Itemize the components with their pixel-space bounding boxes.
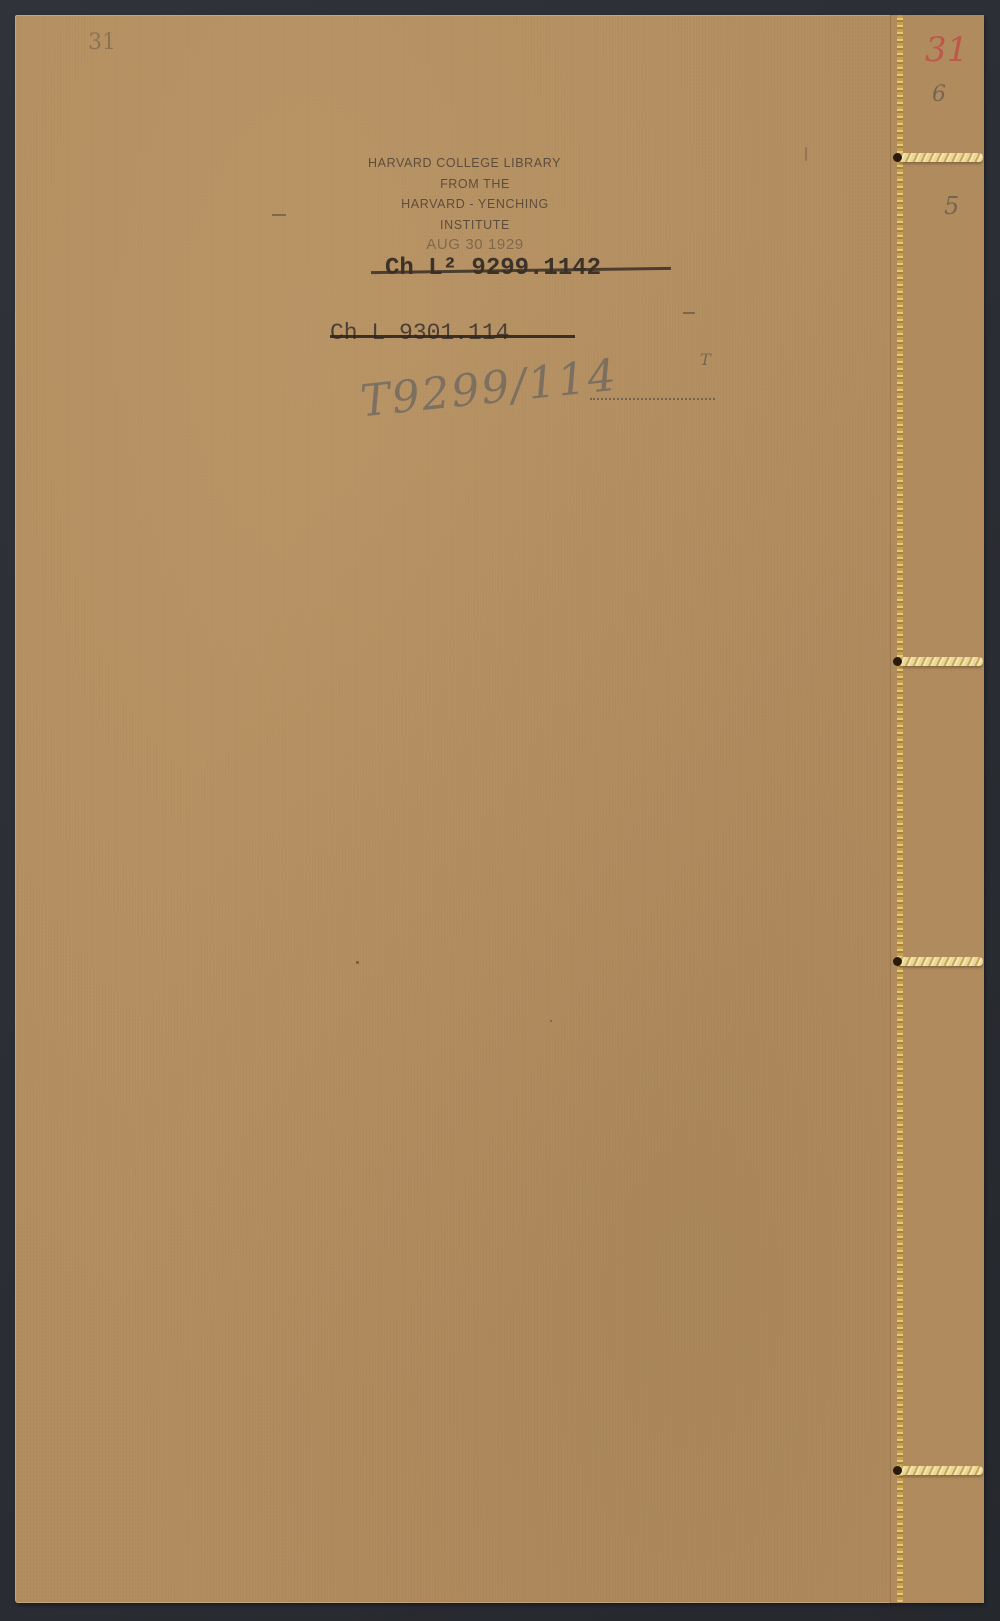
spine-pencil-mark: 6	[932, 82, 946, 107]
call-number-primary: Ch L² 9299.1142	[385, 255, 601, 282]
spine-strip	[890, 15, 984, 1603]
stamp-line: HARVARD - YENCHING	[360, 194, 590, 215]
red-pencil-number: 31	[925, 30, 968, 70]
stray-pencil-mark: T	[700, 350, 711, 369]
stray-mark	[683, 312, 695, 314]
paper-speck	[550, 1020, 552, 1022]
call-number-text: Ch L 9301.114	[330, 320, 509, 346]
stitch-hole-icon	[893, 1466, 902, 1475]
stamp-line: FROM THE	[360, 174, 590, 195]
spine-pencil-mark: 5	[944, 192, 959, 220]
call-number-crossed-out: Ch L 9301.114	[330, 320, 509, 346]
binding-stitch	[898, 657, 983, 666]
library-stamp: HARVARD COLLEGE LIBRARY FROM THE HARVARD…	[360, 153, 590, 256]
stamp-line: INSTITUTE	[360, 215, 590, 236]
stitch-hole-icon	[893, 657, 902, 666]
stitch-hole-icon	[893, 153, 902, 162]
binding-stitch	[898, 957, 983, 966]
stray-mark	[272, 214, 286, 216]
paper-speck	[356, 961, 359, 964]
stitch-hole-icon	[893, 957, 902, 966]
corner-pencil-mark: 31	[88, 30, 116, 55]
binding-stitch	[898, 153, 983, 162]
binding-thread-vertical	[897, 15, 903, 1603]
binding-stitch	[898, 1466, 983, 1475]
strikethrough-line	[330, 335, 575, 338]
stamp-line: HARVARD COLLEGE LIBRARY	[360, 153, 590, 174]
pencil-dotted-line	[590, 398, 715, 402]
stamp-date: AUG 30 1929	[360, 235, 590, 256]
paper-speck	[805, 147, 807, 161]
